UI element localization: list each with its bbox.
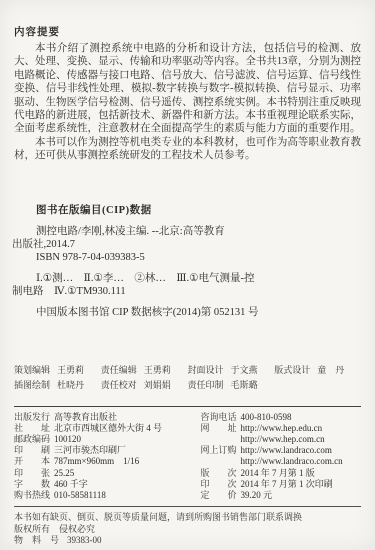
publication-info-right-column: 咨询电话400-810-0598 网 址http://www.hep.edu.c… [188, 412, 362, 502]
pub-label: 印 刷 [14, 445, 54, 456]
pub-row-website: 网 址http://www.hep.edu.cn [201, 423, 362, 434]
credit-label: 版式设计 [274, 365, 310, 375]
pub-label: 印 次 [201, 479, 241, 490]
publication-info: 出版发行高等教育出版社 社 址北京市西城区德外大街 4 号 邮政编码100120… [14, 407, 361, 502]
credit-layout-design: 版式设计童 丹 [274, 365, 361, 376]
pub-value: 2014 年 7 月第 1 版 [241, 468, 315, 478]
credit-label: 责任编辑 [101, 365, 137, 375]
pub-label: 开 本 [14, 456, 54, 467]
pub-value: http://www.hep.edu.cn [241, 423, 323, 433]
quality-notice: 本书如有缺页、倒页、脱页等质量问题，请到所购图书销售部门联系调换 [14, 512, 361, 523]
pub-value: http://www.landraco.com [241, 445, 332, 455]
cip-classification-line-1: Ⅰ.①测… Ⅱ.①李… ②林… Ⅲ.①电气测量-控 [14, 272, 361, 285]
credit-label: 责任校对 [101, 380, 137, 390]
credit-label: 封面设计 [188, 365, 224, 375]
pub-row-wordcount: 字 数460 千字 [14, 479, 188, 490]
credit-label: 策划编辑 [14, 365, 50, 375]
pub-label: 网上订购 [201, 445, 241, 456]
summary-heading: 内容提要 [14, 24, 361, 39]
credit-responsible-editor: 责任编辑王勇莉 [101, 365, 188, 376]
pub-value: http://www.hep.com.cn [241, 434, 325, 444]
cip-heading: 图书在版编目(CIP)数据 [14, 204, 361, 217]
pub-label: 印 张 [14, 468, 54, 479]
credit-name: 于文燕 [231, 365, 258, 375]
pub-row-edition: 版 次2014 年 7 月第 1 版 [201, 468, 362, 479]
credit-proofreading: 责任校对刘娟娟 [101, 380, 188, 391]
pub-value: http://www.landraco.com.cn [241, 456, 343, 466]
material-number-value: 39383-00 [67, 535, 102, 545]
summary-paragraph-1: 本书介绍了测控系统中电路的分析和设计方法，包括信号的检测、放大、处理、变换、显示… [14, 42, 361, 136]
credit-name: 王勇莉 [57, 365, 84, 375]
pub-row-format: 开 本787mm×960mm 1/16 [14, 456, 188, 467]
cip-record-number: 中国版本图书馆 CIP 数据核字(2014)第 052131 号 [14, 306, 361, 319]
credit-label: 责任印制 [188, 380, 224, 390]
pub-value: 39.20 元 [241, 490, 273, 500]
pub-value: 460 千字 [54, 479, 88, 489]
credit-planning-editor: 策划编辑王勇莉 [14, 365, 101, 376]
pub-row-address: 社 址北京市西城区德外大街 4 号 [14, 423, 188, 434]
pub-value: 100120 [54, 434, 81, 444]
cip-title-line-1: 测控电路/李刚,林凌主编. --北京:高等教育 [14, 225, 361, 238]
pub-value: 2014 年 7 月第 1 次印刷 [241, 479, 333, 489]
pub-label: 邮政编码 [14, 434, 54, 445]
pub-value: 三河市骏杰印刷厂 [54, 445, 126, 455]
credit-name: 童 丹 [317, 365, 344, 375]
credit-label: 插图绘制 [14, 380, 50, 390]
pub-value: 高等教育出版社 [54, 412, 117, 422]
pub-value: 北京市西城区德外大街 4 号 [54, 423, 162, 433]
pub-label: 版 次 [201, 468, 241, 479]
credit-printing-supervisor: 责任印制毛斯璐 [188, 380, 275, 391]
pub-row-website-2: http://www.hep.com.cn [201, 434, 362, 445]
credit-name: 刘娟娟 [144, 380, 171, 390]
copyright-notice: 版权所有 侵权必究 [14, 524, 361, 535]
pub-value: 010-58581118 [54, 490, 106, 500]
pub-row-phone: 咨询电话400-810-0598 [201, 412, 362, 423]
pub-row-publisher: 出版发行高等教育出版社 [14, 412, 188, 423]
pub-label: 社 址 [14, 423, 54, 434]
summary-section: 内容提要 本书介绍了测控系统中电路的分析和设计方法，包括信号的检测、放大、处理、… [14, 24, 361, 163]
credit-illustration: 插图绘制杜晓丹 [14, 380, 101, 391]
book-copyright-page: 内容提要 本书介绍了测控系统中电路的分析和设计方法，包括信号的检测、放大、处理、… [0, 0, 375, 550]
pub-label: 咨询电话 [201, 412, 241, 423]
credit-cover-design: 封面设计于文燕 [188, 365, 275, 376]
cip-isbn: ISBN 978-7-04-039383-5 [14, 251, 361, 264]
pub-row-postcode: 邮政编码100120 [14, 434, 188, 445]
cip-section: 图书在版编目(CIP)数据 测控电路/李刚,林凌主编. --北京:高等教育 出版… [14, 204, 361, 319]
pub-label: 定 价 [201, 490, 241, 501]
pub-row-online-order-2: http://www.landraco.com.cn [201, 456, 362, 467]
credit-name: 毛斯璐 [231, 380, 258, 390]
pub-label: 网 址 [201, 423, 241, 434]
pub-label: 出版发行 [14, 412, 54, 423]
credit-name: 王勇莉 [144, 365, 171, 375]
staff-credits: 策划编辑王勇莉 责任编辑王勇莉 封面设计于文燕 版式设计童 丹 插图绘制杜晓丹 … [14, 365, 361, 391]
pub-row-printer: 印 刷三河市骏杰印刷厂 [14, 445, 188, 456]
credit-name: 杜晓丹 [57, 380, 84, 390]
material-number-label: 物 料 号 [14, 535, 59, 546]
cip-title-line-2: 出版社,2014.7 [12, 238, 361, 251]
pub-value: 25.25 [54, 468, 74, 478]
footer-section: 本书如有缺页、倒页、脱页等质量问题，请到所购图书销售部门联系调换 版权所有 侵权… [14, 507, 361, 546]
summary-paragraph-2: 本书可以作为测控等机电类专业的本科教材，也可作为高等职业教育教材，还可供从事测控… [14, 136, 361, 163]
pub-label: 字 数 [14, 479, 54, 490]
material-number-row: 物 料 号39383-00 [14, 535, 361, 546]
pub-value: 400-810-0598 [241, 412, 292, 422]
pub-row-impression: 印 次2014 年 7 月第 1 次印刷 [201, 479, 362, 490]
pub-row-sheets: 印 张25.25 [14, 468, 188, 479]
pub-row-price: 定 价39.20 元 [201, 490, 362, 501]
publication-info-left-column: 出版发行高等教育出版社 社 址北京市西城区德外大街 4 号 邮政编码100120… [14, 412, 188, 502]
pub-value: 787mm×960mm 1/16 [54, 456, 139, 466]
pub-label: 购书热线 [14, 490, 54, 501]
pub-row-hotline: 购书热线010-58581118 [14, 490, 188, 501]
pub-row-online-order: 网上订购http://www.landraco.com [201, 445, 362, 456]
cip-classification-line-2: 制电路 Ⅳ.①TM930.111 [12, 285, 361, 298]
